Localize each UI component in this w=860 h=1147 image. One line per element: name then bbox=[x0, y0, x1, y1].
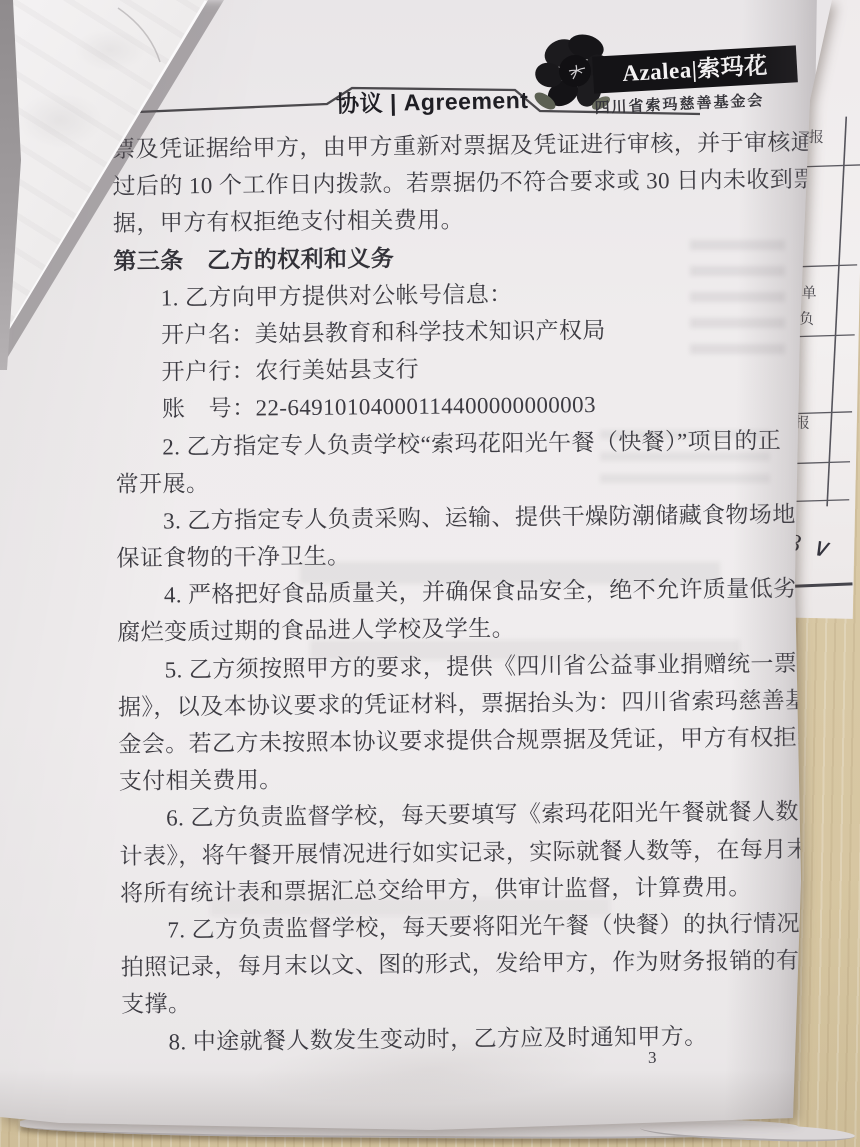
agreement-body: 票及凭证据给甲方，由甲方重新对票据及凭证进行审核，并于审核通过后的 10 个工作… bbox=[112, 124, 804, 1061]
text-line: 过后的 10 个工作日内拨款。若票据仍不符合要求或 30 日内未收到票 bbox=[112, 161, 794, 205]
text-line: 4. 严格把好食品质量关，并确保食品安全，绝不允许质量低劣， bbox=[117, 570, 799, 614]
text-line: 8. 中途就餐人数发生变动时，乙方应及时通知甲方。 bbox=[121, 1016, 803, 1060]
text-line: 3. 乙方指定专人负责采购、运输、提供干燥防潮储藏食物场地， bbox=[116, 496, 798, 540]
desk-scene: 色报单负报 3 ∨ 协议 | Agreement bbox=[0, 0, 860, 1147]
logo-brand-banner: Azalea|索玛花 bbox=[592, 45, 798, 93]
page-number: 3 bbox=[648, 1048, 657, 1068]
text-line: 2. 乙方指定专人负责学校“索玛花阳光午餐（快餐）”项目的正 bbox=[115, 421, 797, 465]
text-line: 拍照记录，每月末以文、图的形式，发给甲方，作为财务报销的有力 bbox=[121, 942, 803, 986]
page-bottom-shade bbox=[0, 1070, 860, 1130]
agreement-page: 协议 | Agreement Azalea|索玛花 四川省索玛慈善基金会 票及凭… bbox=[0, 0, 860, 1147]
text-line: 金会。若乙方未按照本协议要求提供合规票据及凭证，甲方有权拒绝 bbox=[118, 719, 800, 763]
paper-surface: 协议 | Agreement Azalea|索玛花 四川省索玛慈善基金会 票及凭… bbox=[0, 0, 860, 1147]
text-line: 6. 乙方负责监督学校，每天要填写《索玛花阳光午餐就餐人数统 bbox=[119, 793, 801, 837]
page-title: 协议 | Agreement bbox=[336, 82, 521, 119]
